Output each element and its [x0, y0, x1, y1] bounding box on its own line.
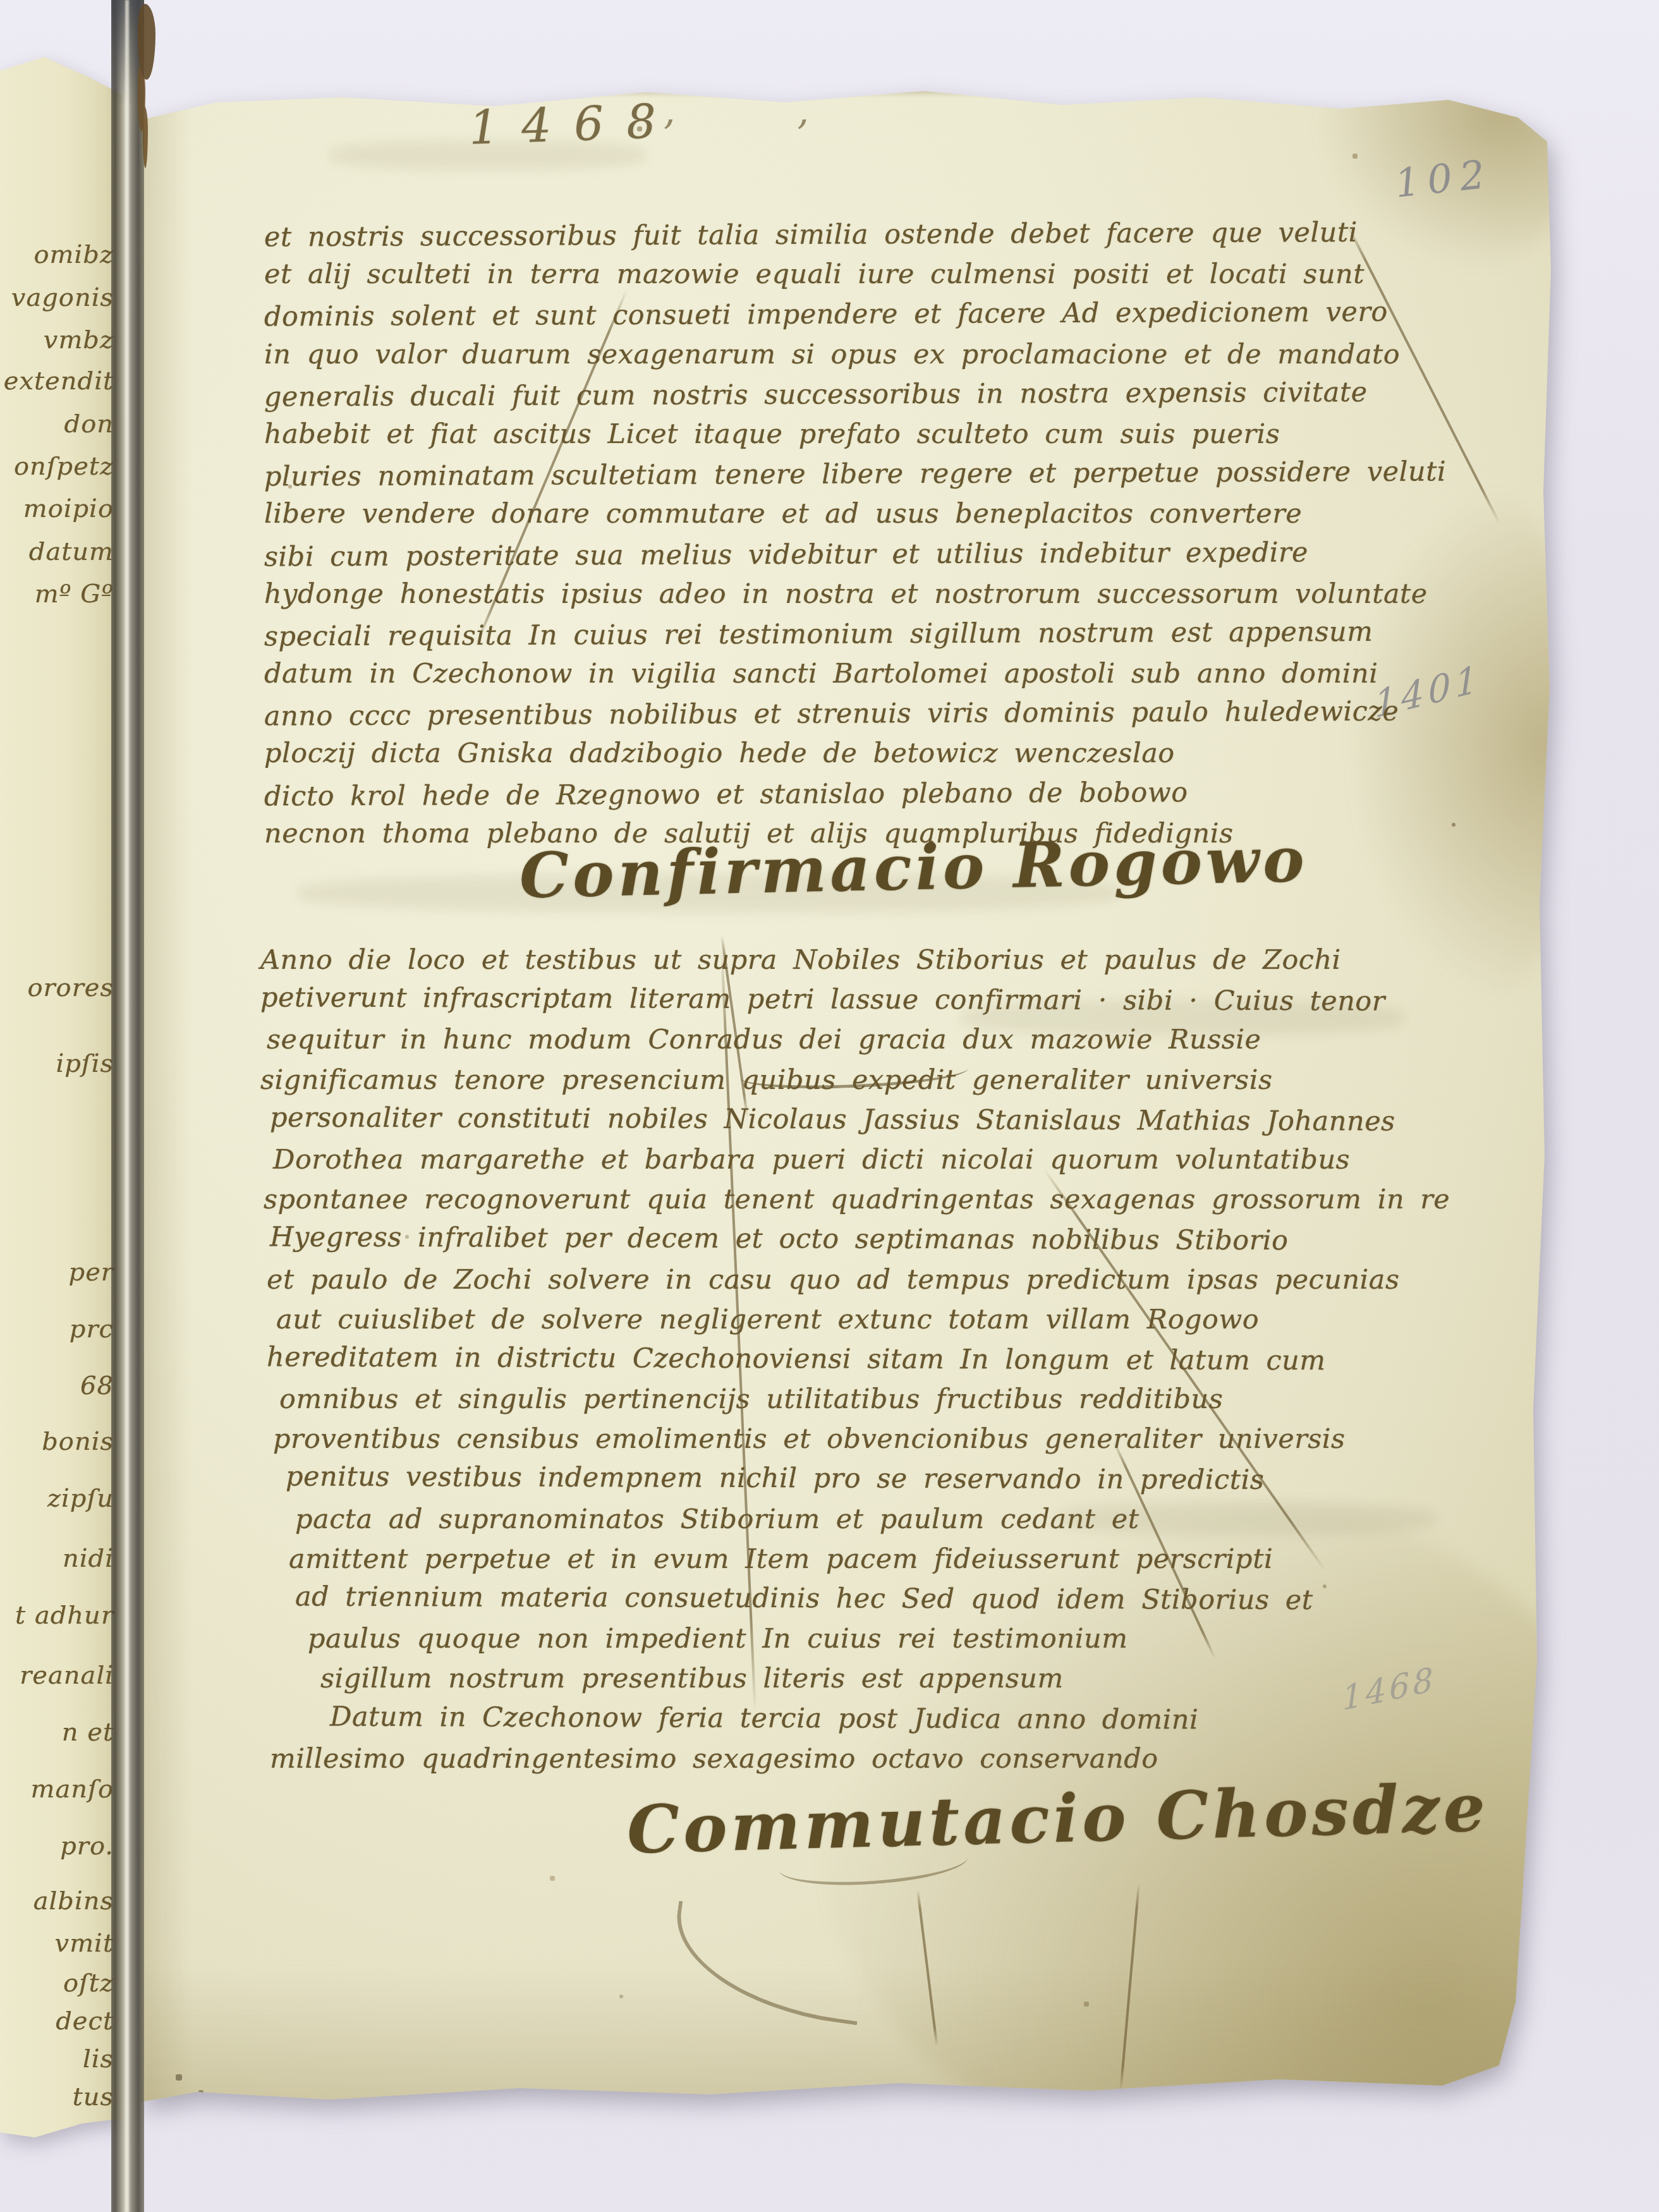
facing-page-text-fragment: t adhur	[15, 1601, 114, 1630]
manuscript-text-line: hereditatem in districtu Czechonoviensi …	[267, 1341, 1555, 1385]
facing-page-text-fragment: nidi	[63, 1544, 114, 1573]
paragraph-1: et nostris successoribus fuit talia simi…	[264, 219, 1555, 858]
facing-page-edge: omibz vagonis vmbz extendit don onſpetz …	[0, 0, 123, 2212]
facing-page-text-fragment: vmit	[55, 1929, 114, 1958]
manuscript-text-line: Dorothea margarethe et barbara pueri dic…	[273, 1144, 1555, 1184]
facing-page-text-fragment: reanali	[20, 1661, 114, 1690]
manuscript-text-line: Datum in Czechonow feria tercia post Jud…	[330, 1701, 1555, 1745]
ink-tick-marks: ’ ’	[662, 111, 863, 157]
manuscript-text-line: dominis solent et sunt consueti impender…	[264, 296, 1555, 341]
facing-page-text-fragment: don	[64, 410, 114, 439]
facing-page-text-fragment: datum	[29, 537, 114, 566]
manuscript-text-line: generalis ducali fuit cum nostris succes…	[264, 375, 1555, 421]
ink-year-annotation: 1468	[468, 94, 680, 155]
manuscript-text-line: et alij sculteti in terra mazowie equali…	[264, 258, 1555, 298]
manuscript-text-line: Anno die loco et testibus ut supra Nobil…	[260, 944, 1555, 984]
facing-page-text-fragment: ipſis	[56, 1049, 114, 1078]
manuscript-text-line: aut cuiuslibet de solvere negligerent ex…	[276, 1304, 1555, 1344]
facing-page-text-fragment: dect	[56, 2007, 114, 2036]
binding-debris	[138, 4, 155, 80]
facing-page-text-fragment: manſo	[31, 1775, 114, 1804]
manuscript-text-line: hydonge honestatis ipsius adeo in nostra…	[264, 578, 1555, 618]
facing-page-text-fragment: per	[69, 1258, 114, 1287]
manuscript-page-wrap: 1468 ’ ’ 102 1401 1468 et nostris succes…	[140, 81, 1555, 2111]
manuscript-text-line: speciali requisita In cuius rei testimon…	[264, 615, 1555, 660]
facing-page-text-fragment: omibz	[34, 240, 114, 269]
gutter-shadow	[140, 81, 191, 2111]
facing-page-text-fragment: bonis	[42, 1427, 114, 1456]
manuscript-text-line: spontanee recognoverunt quia tenent quad…	[264, 1184, 1555, 1224]
manuscript-text-line: sigillum nostrum presentibus literis est…	[320, 1663, 1555, 1703]
facing-page-text-fragment: albins	[33, 1887, 114, 1916]
pen-flourish	[916, 1890, 938, 2047]
manuscript-page: 1468 ’ ’ 102 1401 1468 et nostris succes…	[140, 81, 1555, 2111]
heading-descender-swash	[665, 1900, 871, 2025]
manuscript-text-line: dicto krol hede de Rzegnowo et stanislao…	[264, 775, 1555, 820]
folio-number-pencil: 102	[1393, 150, 1495, 207]
facing-page-text-fragment: lis	[83, 2045, 114, 2074]
manuscript-text-line: ploczij dicta Gniska dadzibogio hede de …	[264, 738, 1555, 777]
facing-page-text-fragment: onſpetz	[14, 452, 114, 481]
manuscript-text-line: ad triennium materia consuetudinis hec S…	[295, 1581, 1555, 1625]
manuscript-text-line: sibi cum posteritate sua melius videbitu…	[264, 535, 1555, 581]
manuscript-text-line: et paulo de Zochi solvere in casu quo ad…	[267, 1264, 1555, 1304]
manuscript-text-line: in quo valor duarum sexagenarum si opus …	[264, 339, 1555, 379]
facing-page-text-fragment: n et	[62, 1718, 114, 1747]
manuscript-text-line: libere vendere donare commutare et ad us…	[264, 498, 1555, 538]
facing-page-text-fragment: vagonis	[11, 283, 114, 312]
facing-page-text-fragment: moipio	[23, 494, 114, 523]
facing-page-text-fragment: mº Gº	[35, 580, 114, 609]
facing-page-text-fragment: tus	[73, 2082, 114, 2112]
manuscript-text-line: anno cccc presentibus nobilibus et stren…	[264, 695, 1555, 741]
facing-page-text-fragment: extendit	[4, 367, 114, 396]
facing-page-text-fragment: vmbz	[44, 325, 114, 355]
heading-commutacio-chosdze: Commutacio Chosdze	[626, 1768, 1490, 1869]
book-cradle-rod	[111, 0, 144, 2212]
manuscript-text-line: habebit et fiat ascitus Licet itaque pre…	[264, 418, 1555, 458]
manuscript-text-line: petiverunt infrascriptam literam petri l…	[260, 982, 1555, 1026]
manuscript-text-line: pacta ad supranominatos Stiborium et pau…	[295, 1504, 1555, 1543]
facing-page-text-fragment: orores	[27, 973, 114, 1002]
manuscript-text-line: penitus vestibus indempnem nichil pro se…	[286, 1461, 1555, 1505]
manuscript-text-line: paulus quoque non impedient In cuius rei…	[308, 1623, 1555, 1663]
manuscript-text-line: omnibus et singulis pertinencijs utilita…	[279, 1383, 1555, 1423]
manuscript-text-line: datum in Czechonow in vigilia sancti Bar…	[264, 658, 1555, 698]
facing-page-text-fragment: prc	[70, 1315, 114, 1344]
manuscript-text-line: proventibus censibus emolimentis et obve…	[273, 1423, 1555, 1463]
manuscript-text-line: sequitur in hunc modum Conradus dei grac…	[267, 1024, 1555, 1064]
manuscript-text-line: amittent perpetue et in evum Item pacem …	[289, 1543, 1555, 1583]
facing-page-text-fragment: oſtz	[63, 1969, 114, 1998]
manuscript-text-line: personaliter constituti nobiles Nicolaus…	[270, 1102, 1555, 1146]
facing-page-wrap: omibz vagonis vmbz extendit don onſpetz …	[0, 0, 123, 2212]
scan-background: omibz vagonis vmbz extendit don onſpetz …	[0, 0, 1659, 2212]
facing-page-text-fragment: 68	[80, 1371, 114, 1401]
pen-flourish	[1119, 1883, 1140, 2091]
manuscript-text-line: significamus tenore presencium quibus ex…	[260, 1064, 1555, 1104]
top-edge-shadow	[140, 81, 1555, 94]
manuscript-text-line: Hyegress infralibet per decem et octo se…	[270, 1222, 1555, 1266]
facing-page-text-fragment: zipſu	[47, 1484, 114, 1513]
manuscript-text-line: pluries nominatam scultetiam tenere libe…	[264, 456, 1555, 501]
facing-page-text-fragment: pro.	[60, 1832, 114, 1861]
paragraph-2: Anno die loco et testibus ut supra Nobil…	[260, 944, 1555, 1783]
